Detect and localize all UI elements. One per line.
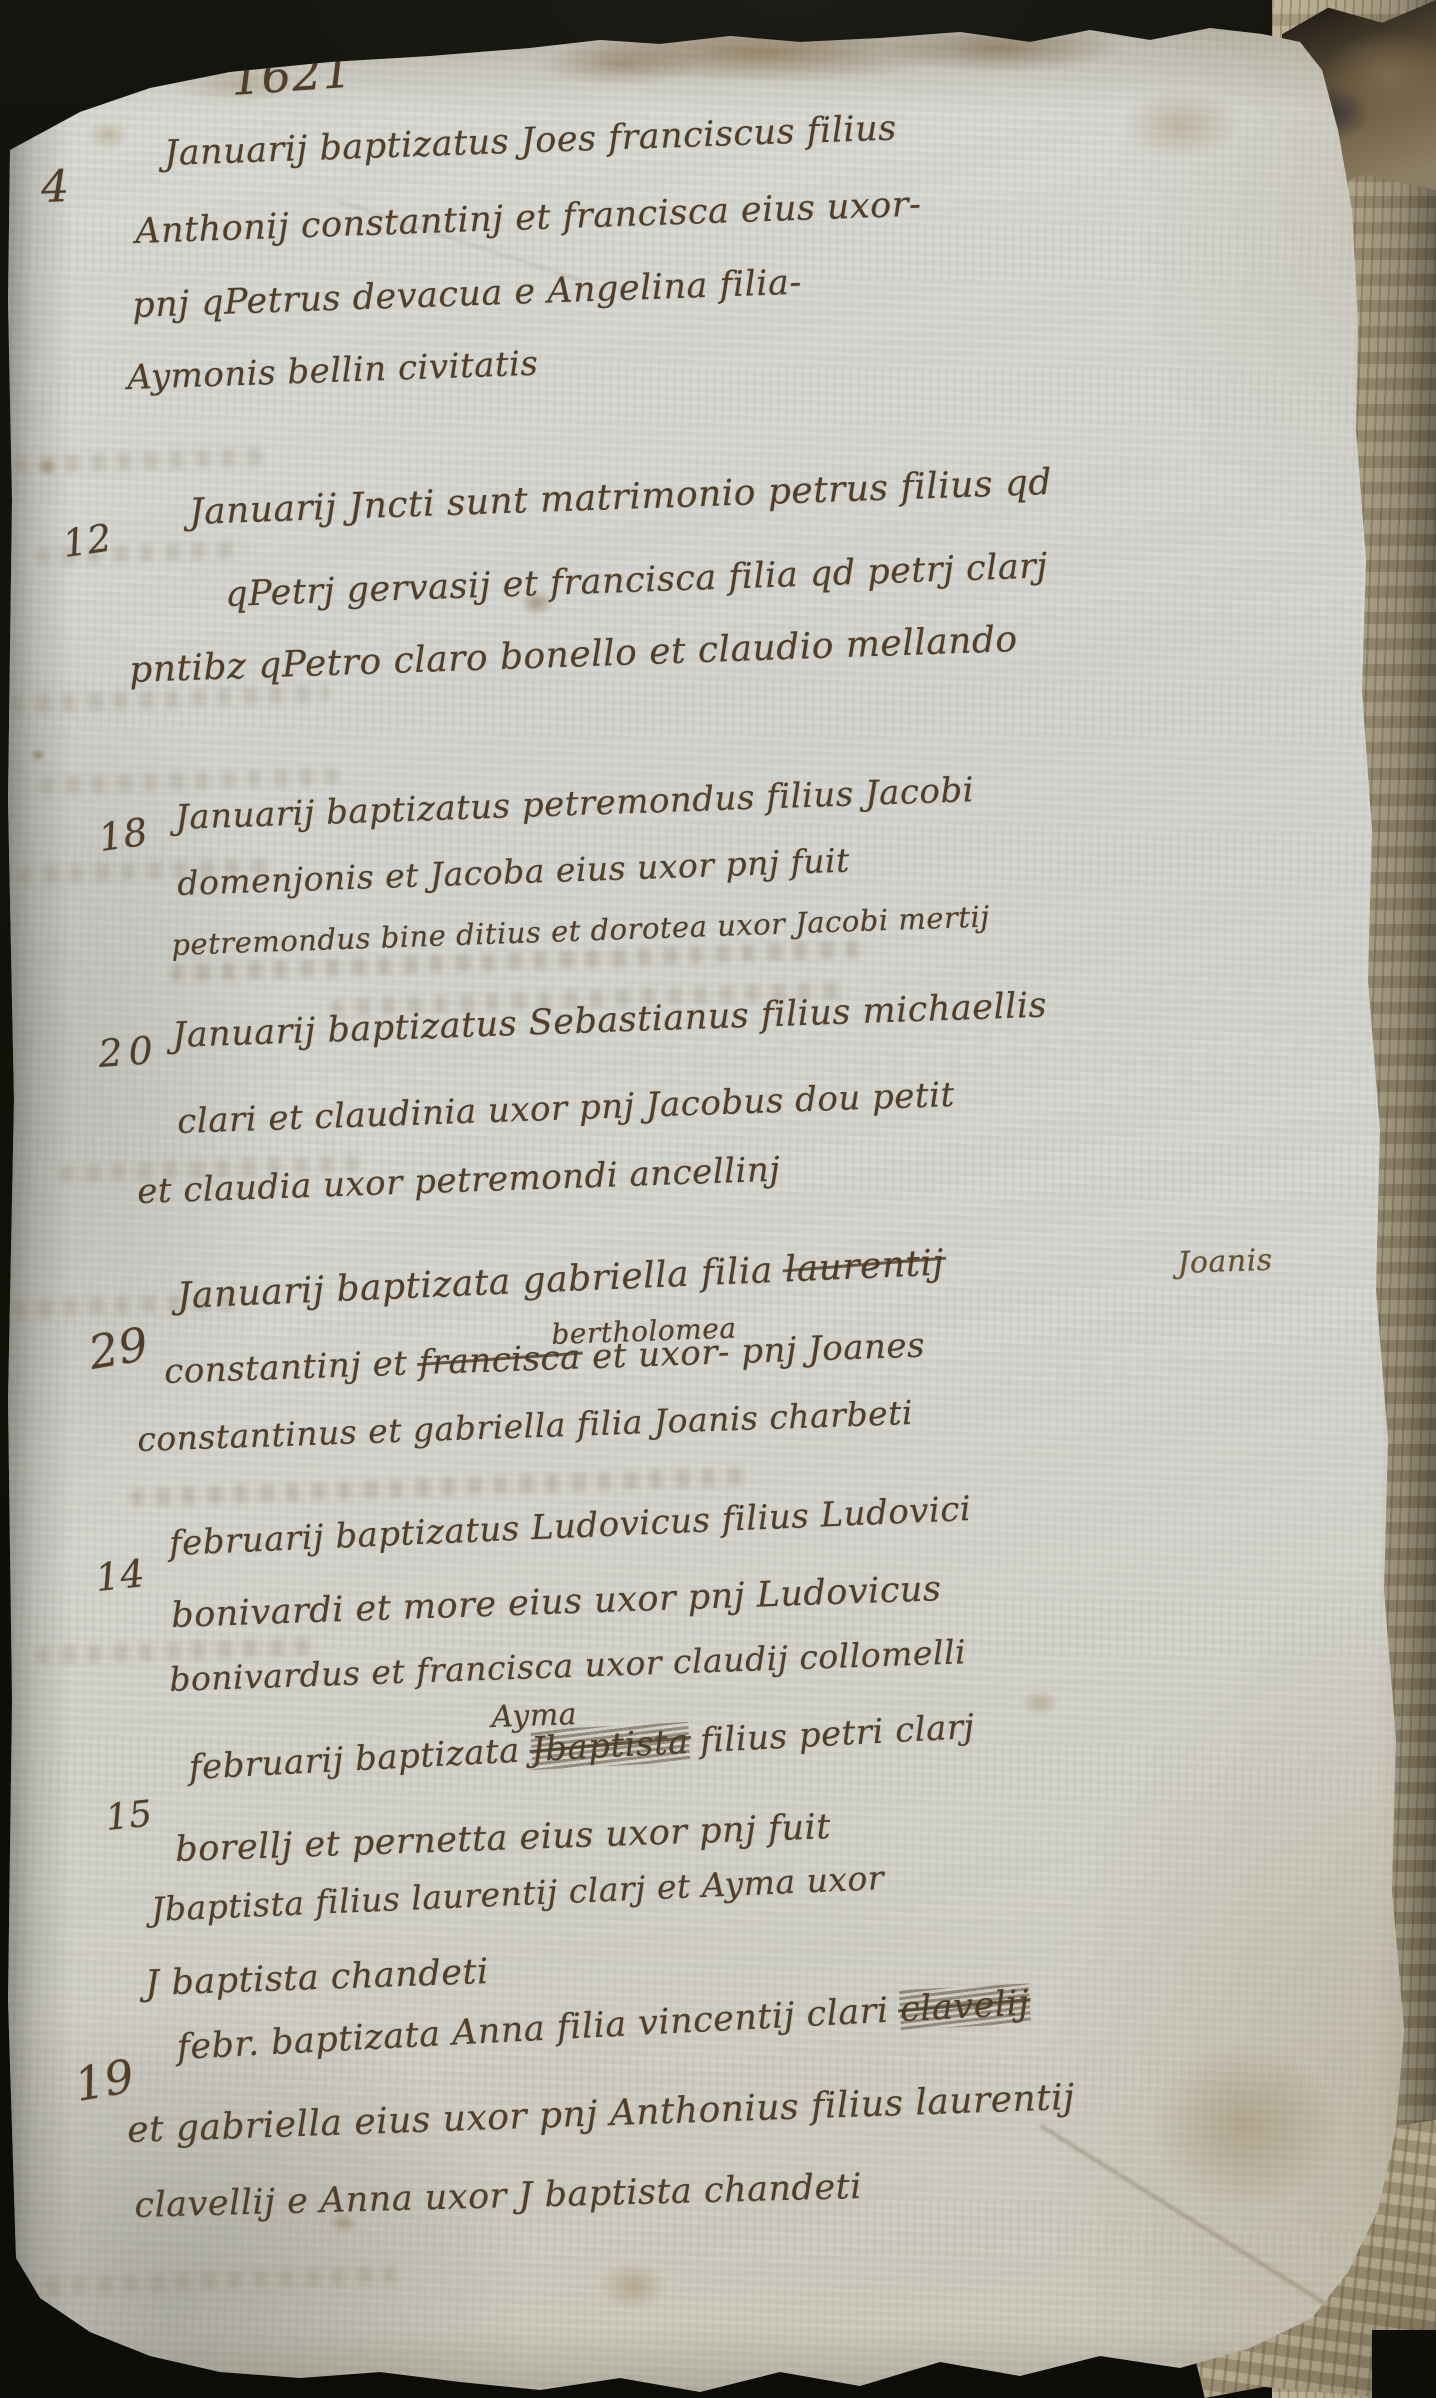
stain xyxy=(1150,2040,1340,2210)
stain xyxy=(1020,1690,1060,1716)
stain xyxy=(86,120,130,150)
entry-line: borellj et pernetta eius uxor pnj fuit xyxy=(175,1807,832,1870)
entry-day-number: 15 xyxy=(104,1793,155,1839)
bleed-through-text xyxy=(20,2265,400,2296)
entry-day-number: 19 xyxy=(71,2048,139,2112)
entry-line-text: filius petri clarj xyxy=(688,1707,976,1762)
entry-line-text: Januarij baptizata gabriella filia xyxy=(176,1250,785,1317)
register-page: 1621 4 Januarij baptizatus Joes francisc… xyxy=(0,0,1436,2398)
stain xyxy=(598,2262,668,2310)
entry-line-text: clavellij e Anna uxor J baptista chandet… xyxy=(134,2167,862,2226)
entry-line: qPetrj gervasij et francisca filia qd pe… xyxy=(225,546,1049,615)
interline-insertion: Joanis xyxy=(1177,1243,1273,1281)
entry-line-text: Januarij baptizatus petremondus filius J… xyxy=(175,770,975,838)
entry-line-text: Januarij Jncti sunt matrimonio petrus fi… xyxy=(189,462,1053,533)
entry-day-number: 20 xyxy=(97,1028,160,1076)
entry-line: februarij baptizatus Ludovicus filius Lu… xyxy=(168,1489,972,1564)
bleed-through-text xyxy=(40,767,340,795)
entry-line-text: bonivardi et more eius uxor pnj Ludovicu… xyxy=(171,1569,942,1636)
bleed-through-text xyxy=(14,448,264,475)
entry-line: et claudia uxor petremondi ancellinj xyxy=(137,1150,781,1212)
entry-line-text: petremondus bine ditius et dorotea uxor … xyxy=(171,899,990,962)
struck-word: francisca xyxy=(418,1337,581,1383)
bleed-through-text xyxy=(130,1467,750,1507)
entry-line: pnj qPetrus devacua e Angelina filia- xyxy=(132,263,803,326)
entry-line: bonivardus et francisca uxor claudij col… xyxy=(169,1632,967,1699)
entry-line: constantinus et gabriella filia Joanis c… xyxy=(137,1393,914,1459)
entry-line-text: Anthonij constantinj et francisca eius u… xyxy=(135,185,922,252)
entry-line-text: constantinus et gabriella filia Joanis c… xyxy=(137,1393,914,1459)
entry-line-text: Januarij baptizatus Sebastianus filius m… xyxy=(172,985,1048,1056)
entry-line: Januarij baptizatus Sebastianus filius m… xyxy=(172,985,1048,1056)
struck-word: clavelij xyxy=(899,1983,1030,2030)
entry-day-number: 18 xyxy=(96,810,151,860)
entry-line: clari et claudinia uxor pnj Jacobus dou … xyxy=(177,1075,956,1142)
entry-line-text: Jbaptista filius laurentij clarj et Ayma… xyxy=(150,1858,885,1929)
entry-line-text: qPetrj gervasij et francisca filia qd pe… xyxy=(225,546,1049,615)
entry-line: petremondus bine ditius et dorotea uxor … xyxy=(171,899,990,962)
entry-line-text: Januarij baptizatus Joes franciscus fili… xyxy=(164,108,898,174)
entry-day-number: 29 xyxy=(85,1316,153,1380)
stain xyxy=(1120,90,1240,160)
entry-line-text: constantinj et xyxy=(164,1343,420,1392)
entry-line-text: clari et claudinia uxor pnj Jacobus dou … xyxy=(177,1075,956,1142)
entry-day-number: 12 xyxy=(60,516,115,566)
entry-line-text: borellj et pernetta eius uxor pnj fuit xyxy=(175,1807,832,1870)
entry-line: constantinj et francisca et uxor- pnj Jo… xyxy=(164,1325,926,1392)
entry-line: pntibz qPetro claro bonello et claudio m… xyxy=(129,619,1019,691)
entry-line-text: pnj qPetrus devacua e Angelina filia- xyxy=(132,263,803,326)
entry-line: bonivardi et more eius uxor pnj Ludovicu… xyxy=(171,1569,942,1636)
stain xyxy=(30,748,46,762)
entry-line: Aymonis bellin civitatis xyxy=(127,344,539,398)
entry-line: Jbaptista filius laurentij clarj et Ayma… xyxy=(150,1858,885,1929)
stain xyxy=(36,458,58,476)
entry-line-text: J baptista chandeti xyxy=(145,1952,490,2004)
entry-day-number: 14 xyxy=(93,1551,147,1600)
entry-line-text: et gabriella eius uxor pnj Anthonius fil… xyxy=(127,2077,1076,2151)
background-corner xyxy=(1372,2330,1436,2398)
entry-line: domenjonis et Jacoba eius uxor pnj fuit xyxy=(177,841,851,903)
entry-line-text: pntibz qPetro claro bonello et claudio m… xyxy=(129,619,1019,691)
entry-line: clavellij e Anna uxor J baptista chandet… xyxy=(134,2167,862,2226)
entry-line-text: bonivardus et francisca uxor claudij col… xyxy=(169,1632,967,1699)
entry-line-text: et claudia uxor petremondi ancellinj xyxy=(137,1150,781,1212)
entry-line-text: februarij baptizatus Ludovicus filius Lu… xyxy=(168,1489,972,1564)
entry-line: Januarij baptizata gabriella filia laure… xyxy=(176,1243,945,1317)
entry-line: februarij baptizata Jbaptista filius pet… xyxy=(188,1707,976,1788)
entry-line: et gabriella eius uxor pnj Anthonius fil… xyxy=(127,2077,1076,2151)
struck-word: laurentij xyxy=(784,1243,945,1291)
entry-line: Anthonij constantinj et francisca eius u… xyxy=(135,185,922,252)
entry-line-text: febr. baptizata Anna filia vincentij cla… xyxy=(176,1990,901,2068)
manuscript-photo: 1621 4 Januarij baptizatus Joes francisc… xyxy=(0,0,1436,2398)
struck-word: Jbaptista xyxy=(530,1722,690,1770)
entry-line-text: Aymonis bellin civitatis xyxy=(127,344,539,398)
entry-line: Januarij Jncti sunt matrimonio petrus fi… xyxy=(189,462,1053,533)
entry-line: Januarij baptizatus Joes franciscus fili… xyxy=(164,108,898,174)
entry-line: J baptista chandeti xyxy=(145,1952,490,2004)
entry-day-number: 4 xyxy=(40,161,70,213)
entry-line-text: domenjonis et Jacoba eius uxor pnj fuit xyxy=(177,841,851,903)
entry-line-text: februarij baptizata xyxy=(188,1730,532,1788)
year-heading: 1621 xyxy=(229,44,354,107)
entry-line: Januarij baptizatus petremondus filius J… xyxy=(175,770,975,838)
